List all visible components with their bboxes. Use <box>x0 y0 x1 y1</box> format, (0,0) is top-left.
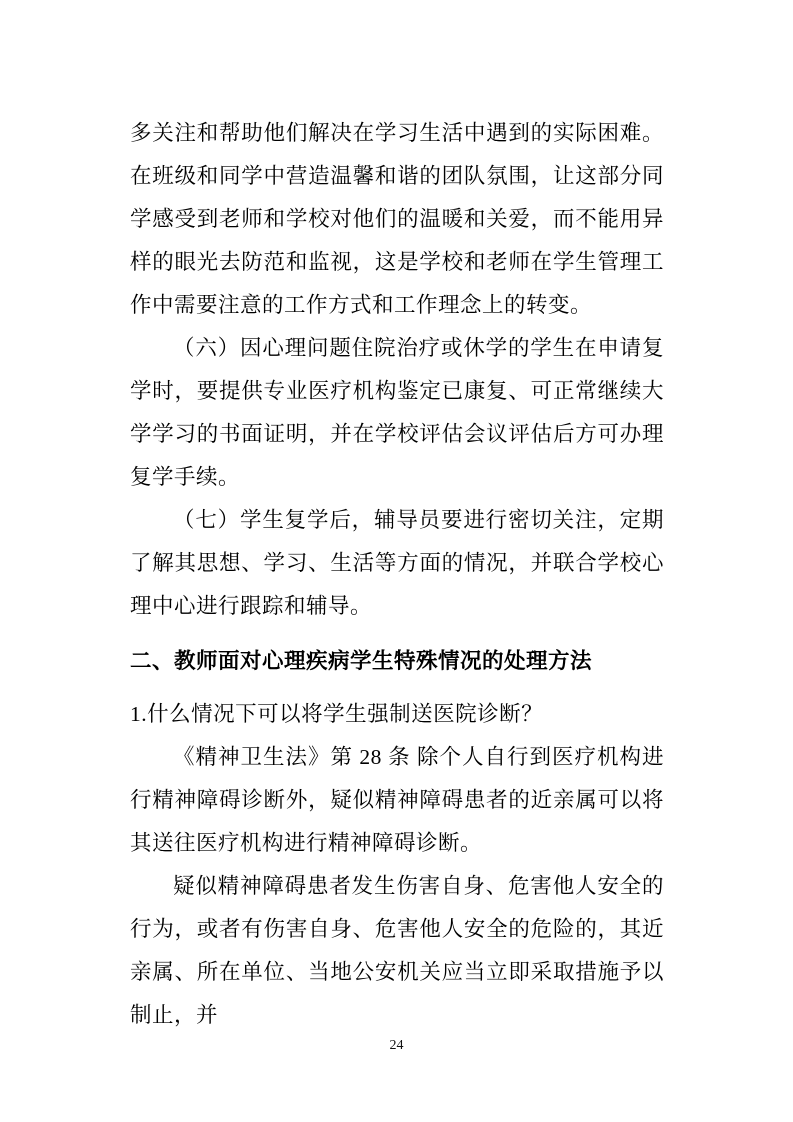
paragraph-item-six: （六）因心理问题住院治疗或休学的学生在申请复学时，要提供专业医疗机构鉴定已康复、… <box>130 327 664 499</box>
paragraph-law-citation: 《精神卫生法》第 28 条 除个人自行到医疗机构进行精神障碍诊断外，疑似精神障碍… <box>130 736 664 865</box>
page-footer: 24 <box>0 1036 793 1054</box>
paragraph-question-one: 1.什么情况下可以将学生强制送医院诊断？ <box>130 693 664 736</box>
paragraph-suspect-case: 疑似精神障碍患者发生伤害自身、危害他人安全的行为，或者有伤害自身、危害他人安全的… <box>130 865 664 1037</box>
document-content: 多关注和帮助他们解决在学习生活中遇到的实际困难。在班级和同学中营造温馨和谐的团队… <box>130 112 664 1037</box>
section-heading-two: 二、教师面对心理疾病学生特殊情况的处理方法 <box>130 640 664 683</box>
paragraph-continuation: 多关注和帮助他们解决在学习生活中遇到的实际困难。在班级和同学中营造温馨和谐的团队… <box>130 112 664 327</box>
page-number: 24 <box>390 1038 404 1053</box>
document-page: 多关注和帮助他们解决在学习生活中遇到的实际困难。在班级和同学中营造温馨和谐的团队… <box>0 0 793 1122</box>
paragraph-item-seven: （七）学生复学后，辅导员要进行密切关注，定期了解其思想、学习、生活等方面的情况，… <box>130 499 664 628</box>
